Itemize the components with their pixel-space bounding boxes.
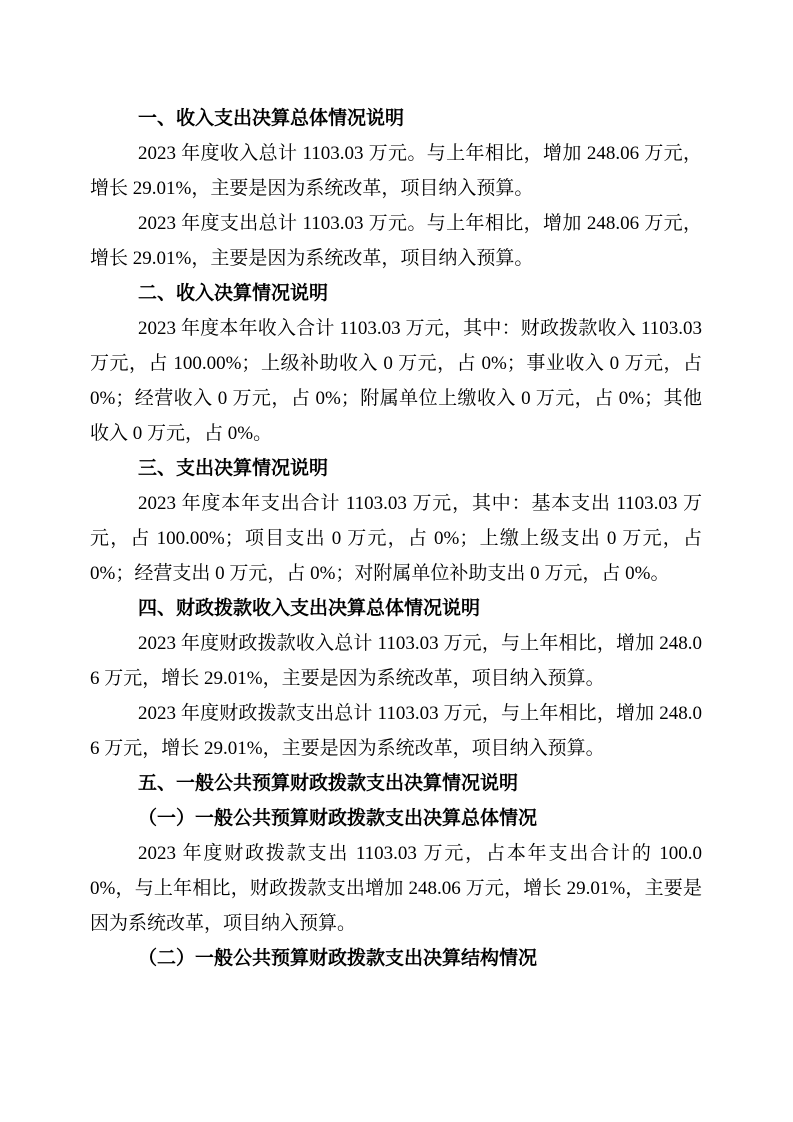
section-4-paragraph-2: 2023 年度财政拨款支出总计 1103.03 万元，与上年相比，增加 248.…: [90, 696, 702, 766]
section-3-heading: 三、支出决算情况说明: [90, 451, 702, 486]
section-2-heading: 二、收入决算情况说明: [90, 276, 702, 311]
section-1-heading: 一、收入支出决算总体情况说明: [90, 101, 702, 136]
section-4-heading: 四、财政拨款收入支出决算总体情况说明: [90, 591, 702, 626]
section-4-paragraph-1: 2023 年度财政拨款收入总计 1103.03 万元，与上年相比，增加 248.…: [90, 626, 702, 696]
section-2-paragraph-1: 2023 年度本年收入合计 1103.03 万元，其中：财政拨款收入 1103.…: [90, 311, 702, 451]
section-3-paragraph-1: 2023 年度本年支出合计 1103.03 万元，其中：基本支出 1103.03…: [90, 486, 702, 591]
section-5-heading: 五、一般公共预算财政拨款支出决算情况说明: [90, 766, 702, 801]
document-page: 一、收入支出决算总体情况说明 2023 年度收入总计 1103.03 万元。与上…: [0, 0, 793, 1122]
section-1-paragraph-1: 2023 年度收入总计 1103.03 万元。与上年相比，增加 248.06 万…: [90, 136, 702, 206]
section-5-subsection-2-heading: （二）一般公共预算财政拨款支出决算结构情况: [90, 941, 702, 976]
section-1-paragraph-2: 2023 年度支出总计 1103.03 万元。与上年相比，增加 248.06 万…: [90, 206, 702, 276]
section-5-subsection-1-paragraph-1: 2023 年度财政拨款支出 1103.03 万元，占本年支出合计的 100.00…: [90, 836, 702, 941]
section-5-subsection-1-heading: （一）一般公共预算财政拨款支出决算总体情况: [90, 801, 702, 836]
